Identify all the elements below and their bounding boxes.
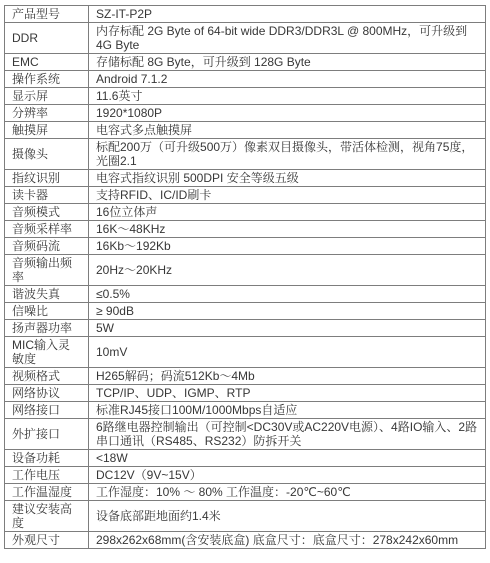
spec-label: MIC输入灵敏度 bbox=[5, 337, 89, 368]
table-row: EMC 存储标配 8G Byte，可升级到 128G Byte bbox=[5, 54, 486, 71]
spec-label: 建议安装高度 bbox=[5, 501, 89, 532]
spec-value: 20Hz～20KHz bbox=[89, 255, 486, 286]
table-row: DDR 内存标配 2G Byte of 64-bit wide DDR3/DDR… bbox=[5, 23, 486, 54]
spec-value: 内存标配 2G Byte of 64-bit wide DDR3/DDR3L @… bbox=[89, 23, 486, 54]
spec-value: 1920*1080P bbox=[89, 105, 486, 122]
table-row: 扬声器功率 5W bbox=[5, 320, 486, 337]
spec-label: 网络协议 bbox=[5, 385, 89, 402]
table-row: 信噪比 ≥ 90dB bbox=[5, 303, 486, 320]
table-row: 工作电压 DC12V（9V~15V） bbox=[5, 467, 486, 484]
spec-label: 工作温湿度 bbox=[5, 484, 89, 501]
spec-label: 音频码流 bbox=[5, 238, 89, 255]
table-row: 音频采样率 16K～48KHz bbox=[5, 221, 486, 238]
spec-label: 显示屏 bbox=[5, 88, 89, 105]
spec-label: 触摸屏 bbox=[5, 122, 89, 139]
spec-value: 298x262x68mm(含安装底盒) 底盒尺寸：底盒尺寸：278x242x60… bbox=[89, 532, 486, 549]
spec-value: 工作湿度：10% ～ 80% 工作温度：-20℃~60℃ bbox=[89, 484, 486, 501]
spec-value: ≤0.5% bbox=[89, 286, 486, 303]
spec-label: 工作电压 bbox=[5, 467, 89, 484]
spec-value: ≥ 90dB bbox=[89, 303, 486, 320]
spec-value: 电容式指纹识别 500DPI 安全等级五级 bbox=[89, 170, 486, 187]
spec-label: 操作系统 bbox=[5, 71, 89, 88]
spec-label: 音频采样率 bbox=[5, 221, 89, 238]
spec-label: 信噪比 bbox=[5, 303, 89, 320]
spec-value: 存储标配 8G Byte，可升级到 128G Byte bbox=[89, 54, 486, 71]
table-row: 外观尺寸 298x262x68mm(含安装底盒) 底盒尺寸：底盒尺寸：278x2… bbox=[5, 532, 486, 549]
table-row: 触摸屏 电容式多点触摸屏 bbox=[5, 122, 486, 139]
spec-value: 16位立体声 bbox=[89, 204, 486, 221]
table-row: 工作温湿度 工作湿度：10% ～ 80% 工作温度：-20℃~60℃ bbox=[5, 484, 486, 501]
spec-label: 分辨率 bbox=[5, 105, 89, 122]
spec-label: 外扩接口 bbox=[5, 419, 89, 450]
spec-value: 电容式多点触摸屏 bbox=[89, 122, 486, 139]
spec-label: 指纹识别 bbox=[5, 170, 89, 187]
table-row: 指纹识别 电容式指纹识别 500DPI 安全等级五级 bbox=[5, 170, 486, 187]
spec-label: 视频格式 bbox=[5, 368, 89, 385]
table-row: 摄像头 标配200万（可升级500万）像素双目摄像头，带活体检测，视角75度，光… bbox=[5, 139, 486, 170]
table-row: 产品型号 SZ-IT-P2P bbox=[5, 6, 486, 23]
product-spec-table: 产品型号 SZ-IT-P2P DDR 内存标配 2G Byte of 64-bi… bbox=[4, 5, 486, 549]
table-row: 分辨率 1920*1080P bbox=[5, 105, 486, 122]
table-row: 操作系统 Android 7.1.2 bbox=[5, 71, 486, 88]
table-row: 网络协议 TCP/IP、UDP、IGMP、RTP bbox=[5, 385, 486, 402]
spec-value: H265解码；码流512Kb～4Mb bbox=[89, 368, 486, 385]
spec-value: 6路继电器控制输出（可控制<DC30V或AC220V电源）、4路IO输入、2路串… bbox=[89, 419, 486, 450]
table-row: 视频格式 H265解码；码流512Kb～4Mb bbox=[5, 368, 486, 385]
spec-label: 读卡器 bbox=[5, 187, 89, 204]
table-row: 外扩接口 6路继电器控制输出（可控制<DC30V或AC220V电源）、4路IO输… bbox=[5, 419, 486, 450]
table-row: 谐波失真 ≤0.5% bbox=[5, 286, 486, 303]
spec-label: 产品型号 bbox=[5, 6, 89, 23]
spec-label: 扬声器功率 bbox=[5, 320, 89, 337]
table-row: 音频输出频率 20Hz～20KHz bbox=[5, 255, 486, 286]
spec-value: DC12V（9V~15V） bbox=[89, 467, 486, 484]
spec-label: 音频输出频率 bbox=[5, 255, 89, 286]
spec-label: 外观尺寸 bbox=[5, 532, 89, 549]
table-row: 音频模式 16位立体声 bbox=[5, 204, 486, 221]
table-row: 音频码流 16Kb～192Kb bbox=[5, 238, 486, 255]
spec-value: Android 7.1.2 bbox=[89, 71, 486, 88]
spec-value: SZ-IT-P2P bbox=[89, 6, 486, 23]
spec-label: 网络接口 bbox=[5, 402, 89, 419]
spec-value: TCP/IP、UDP、IGMP、RTP bbox=[89, 385, 486, 402]
spec-label: 设备功耗 bbox=[5, 450, 89, 467]
spec-value: 标准RJ45接口100M/1000Mbps自适应 bbox=[89, 402, 486, 419]
table-row: 网络接口 标准RJ45接口100M/1000Mbps自适应 bbox=[5, 402, 486, 419]
table-row: 显示屏 11.6英寸 bbox=[5, 88, 486, 105]
spec-label: 音频模式 bbox=[5, 204, 89, 221]
spec-label: DDR bbox=[5, 23, 89, 54]
spec-value: 5W bbox=[89, 320, 486, 337]
table-row: 建议安装高度 设备底部距地面约1.4米 bbox=[5, 501, 486, 532]
table-row: 设备功耗 <18W bbox=[5, 450, 486, 467]
spec-value: 10mV bbox=[89, 337, 486, 368]
spec-value: 16Kb～192Kb bbox=[89, 238, 486, 255]
spec-value: 11.6英寸 bbox=[89, 88, 486, 105]
spec-value: <18W bbox=[89, 450, 486, 467]
table-row: 读卡器 支持RFID、IC/ID刷卡 bbox=[5, 187, 486, 204]
spec-value: 标配200万（可升级500万）像素双目摄像头，带活体检测，视角75度，光圈2.1 bbox=[89, 139, 486, 170]
table-row: MIC输入灵敏度 10mV bbox=[5, 337, 486, 368]
spec-value: 设备底部距地面约1.4米 bbox=[89, 501, 486, 532]
spec-value: 16K～48KHz bbox=[89, 221, 486, 238]
spec-label: 摄像头 bbox=[5, 139, 89, 170]
spec-label: 谐波失真 bbox=[5, 286, 89, 303]
spec-label: EMC bbox=[5, 54, 89, 71]
spec-value: 支持RFID、IC/ID刷卡 bbox=[89, 187, 486, 204]
